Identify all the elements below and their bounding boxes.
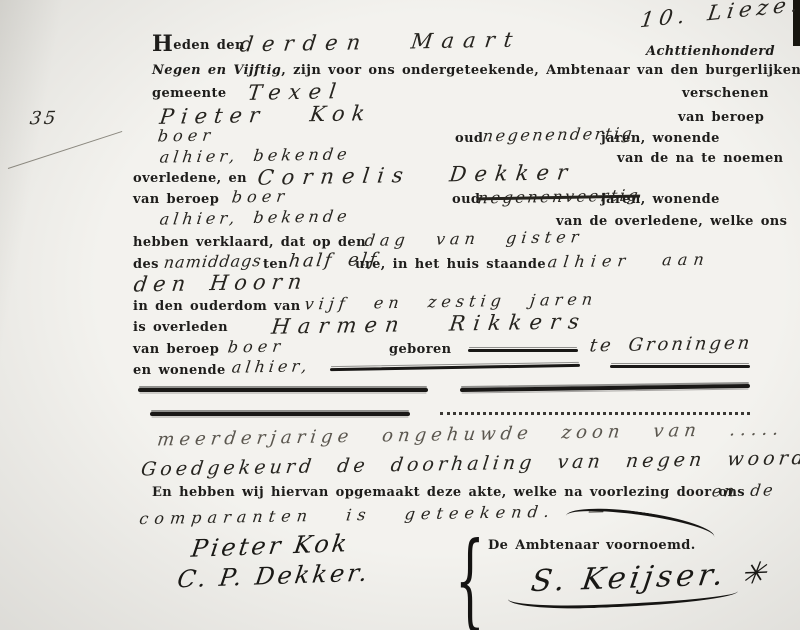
day-part-text: namiddags [163, 251, 263, 272]
age-at-death-entry: vijf en zestig jaren [305, 292, 597, 311]
form-line-year: Negen en Vijftig, zijn voor ons onderget… [152, 63, 800, 78]
gemeente-entry: Texel [248, 80, 344, 104]
house-location1-entry: alhier aan [548, 251, 710, 270]
approval-note-text: Goedgekeurd de doorhaling van negen woor… [140, 445, 800, 480]
van-de-na-label: van de na te noemen [617, 151, 784, 166]
act-number-text: 35 [29, 108, 60, 129]
achttienhonderd-label: Achttienhonderd [646, 44, 775, 59]
strikethrough-mark [330, 364, 580, 371]
house-location2-entry: den Hoorn [134, 271, 307, 295]
closing-hw2-text: comparanten is geteekend. — [138, 501, 611, 528]
van-beroep-1-label: van beroep [678, 110, 764, 125]
is-overleden-label: is overleden [133, 320, 228, 335]
dotted-filler-line [440, 412, 750, 415]
declarant2-occupation-entry: boer [232, 187, 289, 206]
residence-entry: alhier, [232, 357, 311, 376]
van-de-overledene-label: van de overledene, welke ons [556, 214, 787, 229]
strikethrough-mark [150, 412, 410, 416]
strikethrough-mark [460, 384, 750, 392]
act-number: 35 [30, 108, 58, 129]
verschenen-label: verschenen [682, 86, 769, 101]
declarant2-occupation-text: boer [231, 187, 290, 207]
jaren-wonende-2-label: jaren, wonende [601, 192, 720, 207]
declarant1-occupation-text: boer [157, 126, 216, 146]
declarant2-name-entry: Cornelis Dekker [258, 163, 575, 187]
closing-hw2-entry: comparanten is geteekend. — [140, 505, 610, 524]
strikethrough-mark [138, 388, 428, 392]
declarant2-name-text: Cornelis Dekker [256, 160, 576, 190]
residence-text: alhier, [231, 356, 312, 376]
date-entry: derden Maart [240, 30, 521, 54]
en-wonende-label: en wonende [133, 363, 226, 378]
declarant2-residence-text: alhier, bekende [159, 206, 352, 228]
signature-declarant1: Pieter Kok [190, 529, 352, 562]
deceased-occupation-entry: boer [228, 337, 285, 356]
approval-note-entry: Goedgekeurd de doorhaling van negen woor… [142, 452, 800, 474]
declarant1-name-entry: Pieter Kok [160, 103, 371, 127]
deceased-occupation-text: boer [227, 337, 286, 357]
gemeente-label: gemeente [152, 86, 227, 101]
birthplace-entry: te Groningen [590, 334, 752, 355]
hebben-verklaard-label: hebben verklaard, dat op den [133, 235, 366, 250]
strikethrough-mark [610, 365, 750, 368]
heden-initial: H [152, 31, 173, 57]
strikethrough-mark [468, 349, 578, 352]
margin-flourish [8, 131, 122, 169]
form-line-heden: Heden den [152, 38, 245, 53]
heden-rest: eden den [173, 38, 245, 53]
corner-annotation-text: 10. Lieze. [639, 0, 800, 32]
corner-annotation: 10. Lieze. [642, 0, 800, 24]
geboren-label: geboren [389, 342, 452, 357]
slotzin-label: En hebben wij hiervan opgemaakt deze akt… [152, 485, 745, 500]
house-location2-text: den Hoorn [132, 269, 309, 296]
day-part-entry: namiddags [164, 252, 262, 271]
van-beroep-2-label: van beroep [133, 192, 219, 207]
date-entry-text: derden Maart [238, 28, 523, 57]
van-beroep-3-label: van beroep [133, 342, 219, 357]
declarant2-residence-entry: alhier, bekende [160, 208, 351, 227]
death-day-entry: dag van gister [365, 229, 583, 248]
oud-1-label: oud [455, 131, 483, 146]
relation-note-text: meerderjarige ongehuwde zoon van ..... [156, 419, 785, 451]
closing-hw1-entry: en de [712, 481, 775, 500]
declarant1-name-text: Pieter Kok [158, 101, 373, 129]
ure-huis-label: ure, in het huis staande [355, 257, 546, 272]
birthplace-text: te Groningen [589, 333, 754, 357]
year-rest: , zijn voor ons ondergeteekende, Ambtena… [281, 63, 800, 78]
brace-mark: { [455, 528, 485, 630]
closing-hw1-text: en de [711, 480, 777, 500]
deceased-name-text: Harmen Rikkers [270, 309, 588, 338]
overledene-en-label: overledene, en [133, 171, 247, 186]
signature-declarant2: C. P. Dekker. [175, 559, 372, 594]
ambtenaar-label: De Ambtenaar voornoemd. [488, 538, 696, 553]
des-label: des [133, 257, 159, 272]
year-italic: Negen en Vijftig [152, 63, 281, 78]
declarant1-occupation-entry: boer [158, 126, 215, 145]
jaren-wonende-1-label: jaren, wonende [601, 131, 720, 146]
relation-note-entry: meerderjarige ongehuwde zoon van ..... [158, 424, 783, 445]
death-day-text: dag van gister [364, 227, 585, 250]
deceased-name-entry: Harmen Rikkers [272, 312, 587, 336]
house-location1-text: alhier aan [547, 250, 711, 272]
death-certificate-scan: 10. Lieze. 35 Heden den derden Maart Ach… [0, 0, 800, 630]
